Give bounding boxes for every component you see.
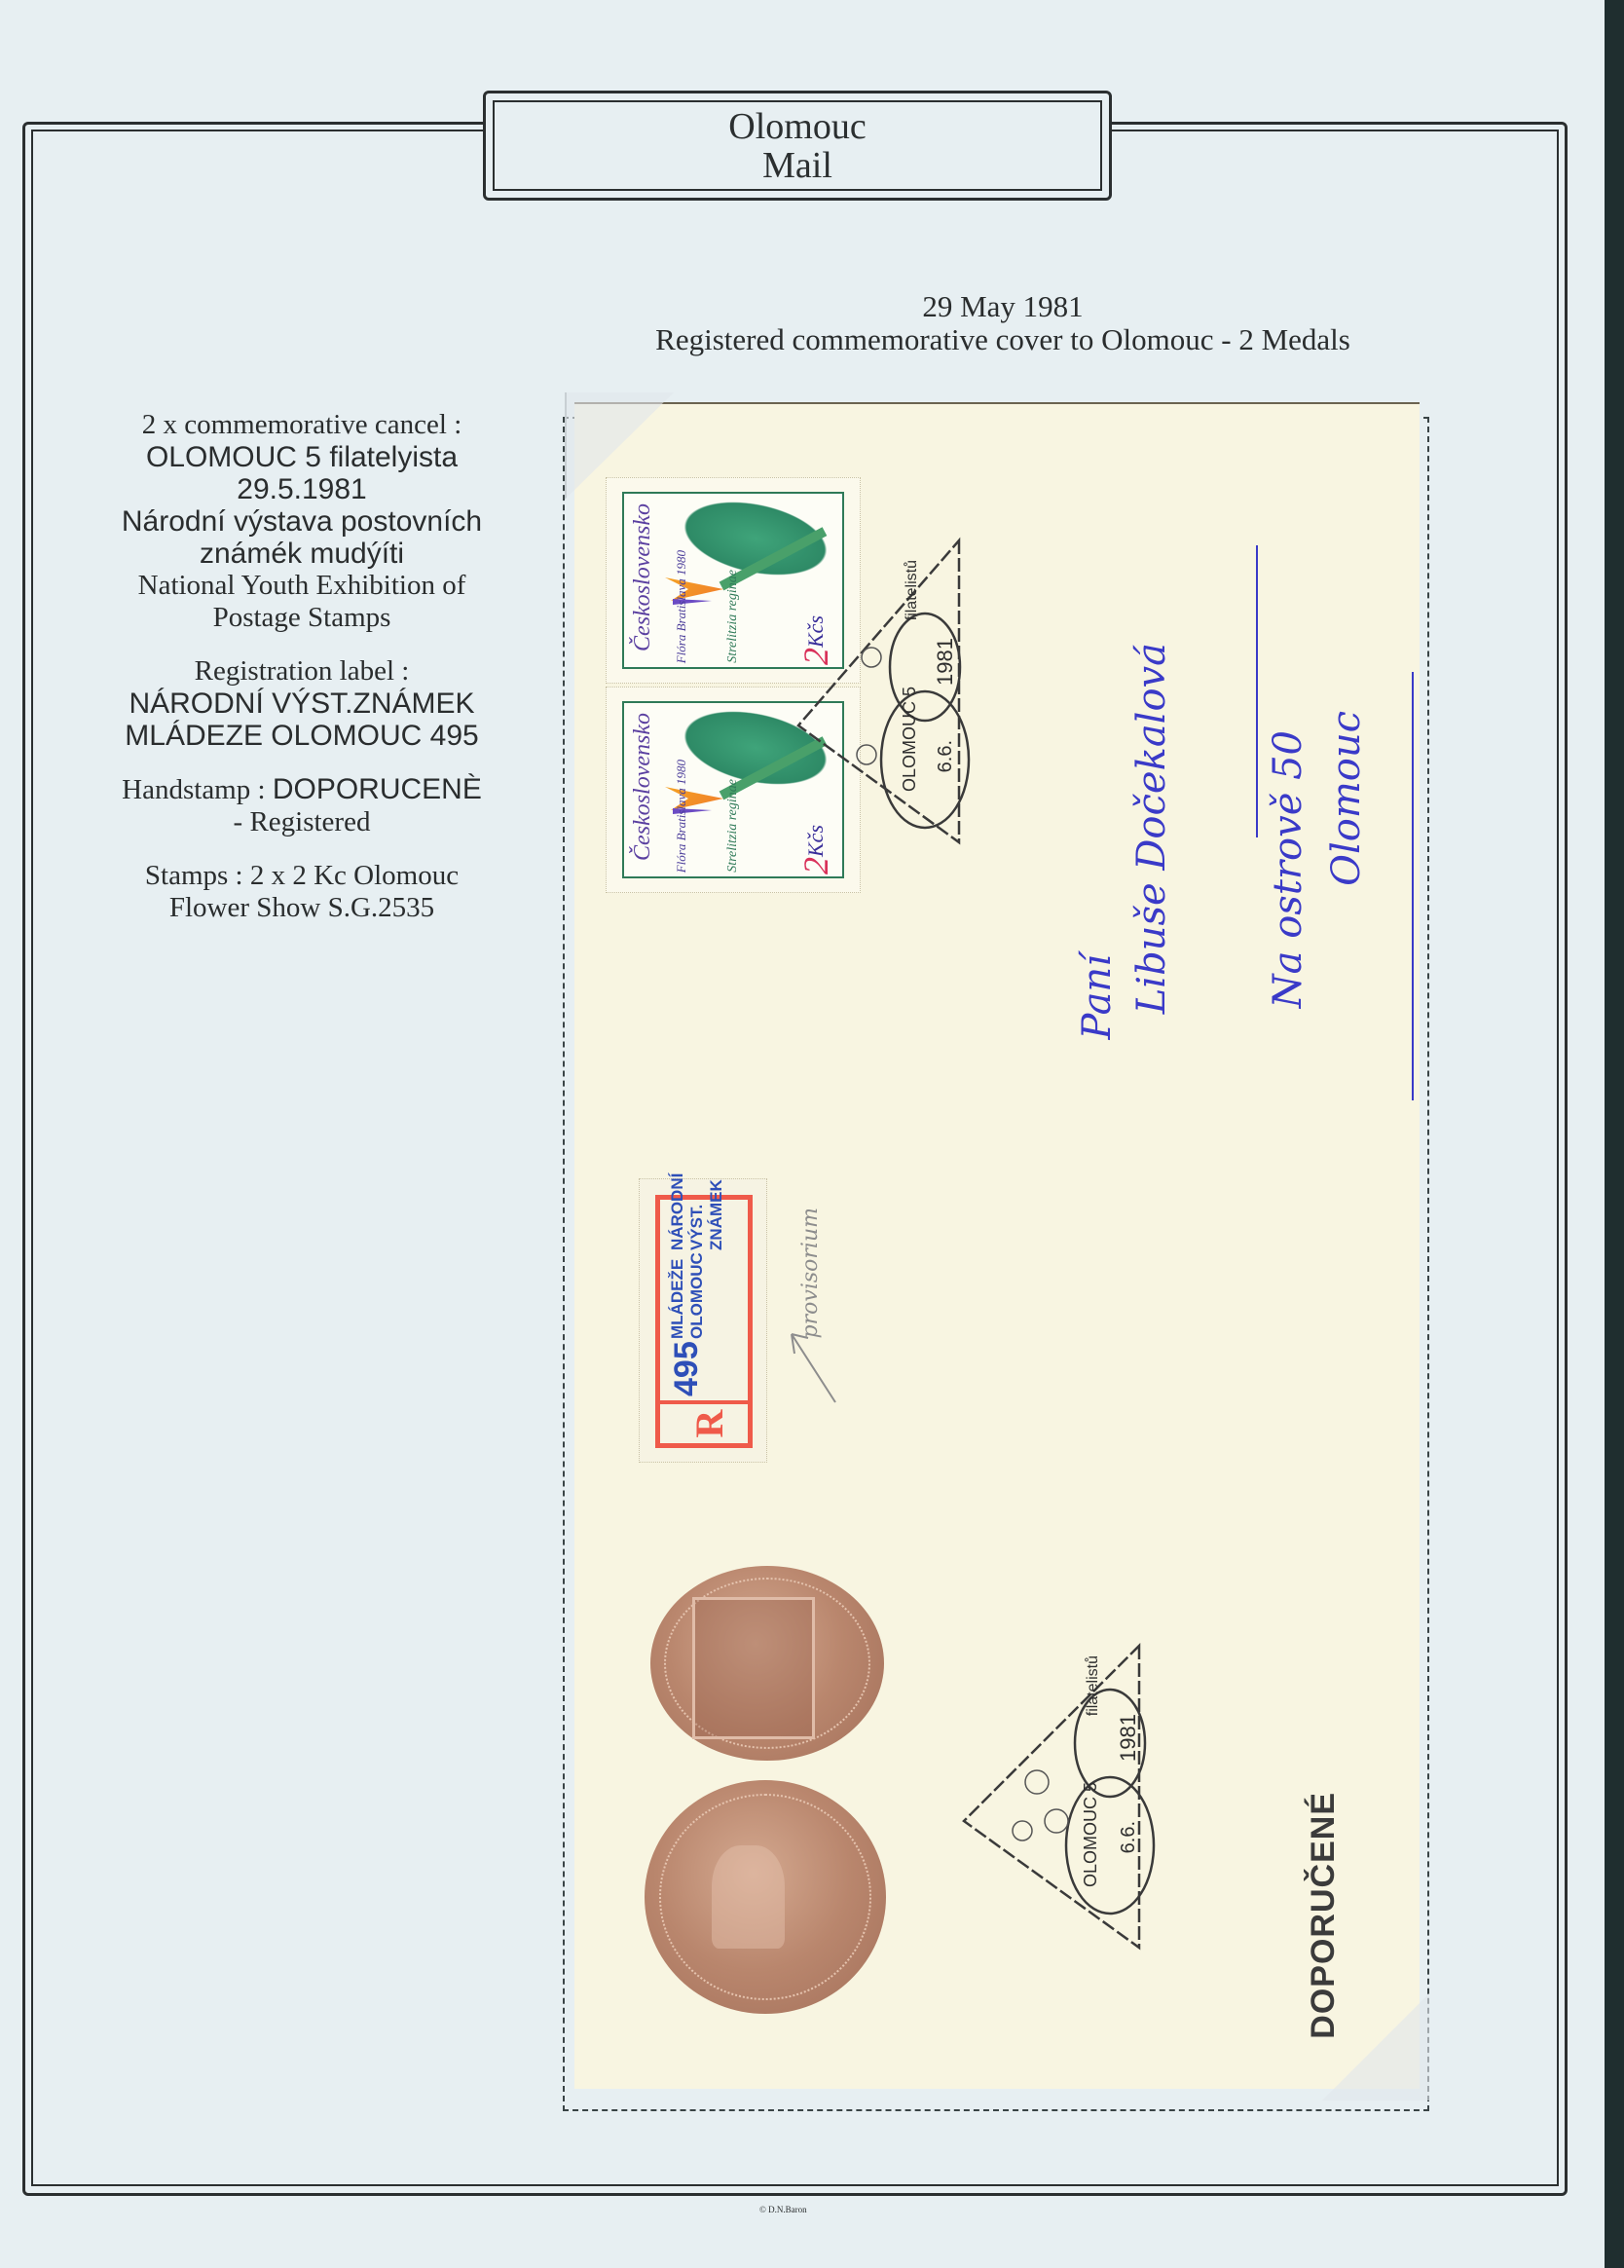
cover-caption: 29 May 1981 Registered commemorative cov… [545,290,1460,356]
registration-text: 495 MLÁDEŽE OLOMOUC NÁRODNÍ VÝST. ZNÁMEK [668,1206,726,1396]
handstamp-note: Handstamp : DOPORUCENÈ [39,773,565,806]
stamps-line-2: Flower Show S.G.2535 [39,892,565,924]
registration-line-2: MLÁDEŽE OLOMOUC [668,1253,726,1340]
handstamp-prefix: Handstamp : [122,774,273,805]
stamp-country: Československo [630,503,656,651]
postmark-town: OLOMOUC 5 [1081,1782,1101,1887]
handstamp-meaning: - Registered [39,806,565,838]
registration-r-letter: R [689,1385,728,1463]
title-box: Olomouc Mail [483,91,1112,201]
cancel-english-1: National Youth Exhibition of [39,570,565,602]
stamp-event-1: Flóra [674,634,688,663]
postmark-triangle-icon [944,1636,1159,1957]
page-subtitle: Mail [762,146,832,185]
cancel-date: 29.5.1981 [39,473,565,505]
copyright-notice: © D.N.Baron [759,2205,807,2214]
postmark-suffix: filatelistů [904,560,921,620]
cancel-czech-1: Národní výstava postovních [39,505,565,538]
address-line-2: Libuše Dočekalová [1129,643,1174,1014]
pencil-note: provisorium [798,1208,823,1338]
stamp-event-3: 1980 [674,550,688,576]
medal-obverse [645,1780,886,2014]
cover-description: Registered commemorative cover to Olomou… [545,323,1460,356]
address-line-1: Paní [1075,954,1120,1040]
reg-heading: Registration label : [39,655,565,688]
address-underline-1 [1256,545,1258,837]
reg-line-2: MLÁDEZE OLOMOUC 495 [39,720,565,752]
cancel-czech-2: známék mudýíti [39,538,565,570]
cancel-english-2: Postage Stamps [39,602,565,634]
description-notes: 2 x commemorative cancel : OLOMOUC 5 fil… [39,409,565,924]
postmark-date: 6.6. [935,740,957,772]
postmark-1: 1981 6.6. OLOMOUC 5 filatelistů [779,531,974,862]
address-line-3: Na ostrově 50 [1266,730,1310,1008]
postmark-town: OLOMOUC 5 [900,687,920,792]
page-title: Olomouc [728,107,866,146]
postmark-suffix: filatelistů [1085,1655,1102,1716]
registration-label: 495 MLÁDEŽE OLOMOUC NÁRODNÍ VÝST. ZNÁMEK… [639,1178,767,1463]
medal-reverse [650,1566,884,1761]
stamp-event-3: 1980 [674,760,688,785]
scan-edge-strip [1605,0,1624,2268]
handstamp-name: DOPORUCENÈ [273,773,482,805]
stamp-event-2: Bratislava [674,788,688,840]
stamp-event: Flóra Bratislava 1980 [675,760,688,873]
stamp-country: Československo [630,713,656,861]
recipient-address: Paní Libuše Dočekalová Na ostrově 50 Olo… [1061,545,1431,1130]
stamp-event-1: Flóra [674,843,688,873]
registered-handstamp: DOPORUČENÉ [1305,1792,1343,2039]
stamp-species: Strelitzia reginae [725,779,741,873]
stamps-line-1: Stamps : 2 x 2 Kc Olomouc [39,860,565,892]
cover-date: 29 May 1981 [545,290,1460,323]
stamp-event-2: Bratislava [674,578,688,631]
postmark-triangle-icon [779,531,974,862]
stamp-event: Flóra Bratislava 1980 [675,550,688,663]
address-line-4: Olomouc [1324,711,1369,886]
postmark-year: 1981 [933,638,958,686]
registration-line-1: NÁRODNÍ VÝST. ZNÁMEK [668,1173,726,1250]
pencil-arrow-icon [787,1324,855,1412]
cancel-heading: 2 x commemorative cancel : [39,409,565,441]
postmark-date: 6.6. [1118,1821,1140,1853]
reg-line-1: NÁRODNÍ VÝST.ZNÁMEK [39,688,565,720]
stamp-species: Strelitzia reginae [725,570,741,663]
cancel-name: OLOMOUC 5 filatelyista [39,441,565,473]
medal-figure-relief [712,1845,784,1949]
postmark-year: 1981 [1116,1714,1141,1762]
medal-stamp-relief [692,1597,815,1739]
postmark-2: 1981 6.6. OLOMOUC 5 filatelistů [944,1636,1159,1957]
address-underline-2 [1412,672,1414,1100]
